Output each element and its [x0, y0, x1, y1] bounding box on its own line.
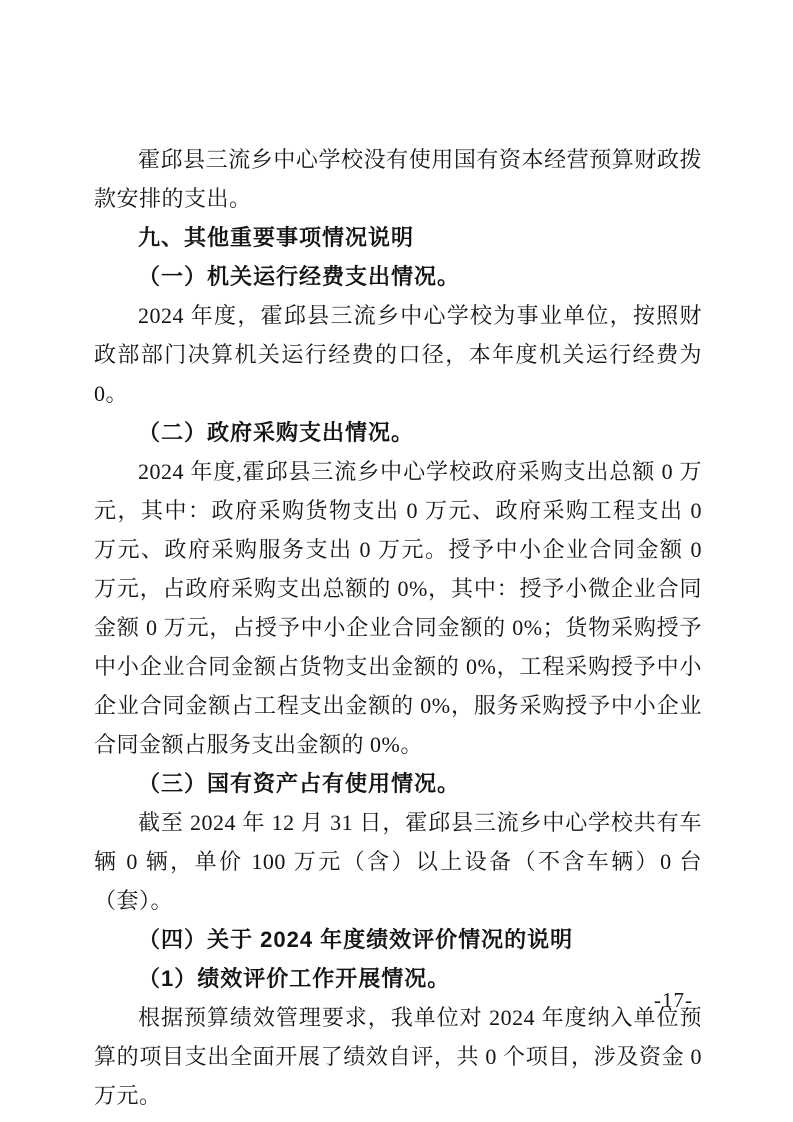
paragraph-agency-operating-expenses: 2024 年度，霍邱县三流乡中心学校为事业单位，按照财政部部门决算机关运行经费的…	[94, 296, 702, 413]
subsection-heading-agency-operating-expenses: （一）机关运行经费支出情况。	[94, 257, 702, 296]
paragraph-government-procurement: 2024 年度,霍邱县三流乡中心学校政府采购支出总额 0 万元，其中：政府采购货…	[94, 452, 702, 764]
document-page: 霍邱县三流乡中心学校没有使用国有资本经营预算财政拨款安排的支出。 九、其他重要事…	[0, 0, 793, 1122]
subsection-heading-state-assets: （三）国有资产占有使用情况。	[94, 764, 702, 803]
subsubsection-heading-performance-evaluation-work: （1）绩效评价工作开展情况。	[94, 959, 702, 998]
paragraph-no-state-capital-expenditure: 霍邱县三流乡中心学校没有使用国有资本经营预算财政拨款安排的支出。	[94, 140, 702, 218]
document-body: 霍邱县三流乡中心学校没有使用国有资本经营预算财政拨款安排的支出。 九、其他重要事…	[94, 140, 702, 1115]
page-number: -17-	[654, 988, 693, 1012]
subsection-heading-performance-evaluation: （四）关于 2024 年度绩效评价情况的说明	[94, 920, 702, 959]
subsection-heading-government-procurement: （二）政府采购支出情况。	[94, 413, 702, 452]
section-heading-nine-other-important-matters: 九、其他重要事项情况说明	[94, 218, 702, 257]
paragraph-state-assets: 截至 2024 年 12 月 31 日，霍邱县三流乡中心学校共有车辆 0 辆，单…	[94, 803, 702, 920]
paragraph-performance-self-evaluation: 根据预算绩效管理要求，我单位对 2024 年度纳入单位预算的项目支出全面开展了绩…	[94, 998, 702, 1115]
